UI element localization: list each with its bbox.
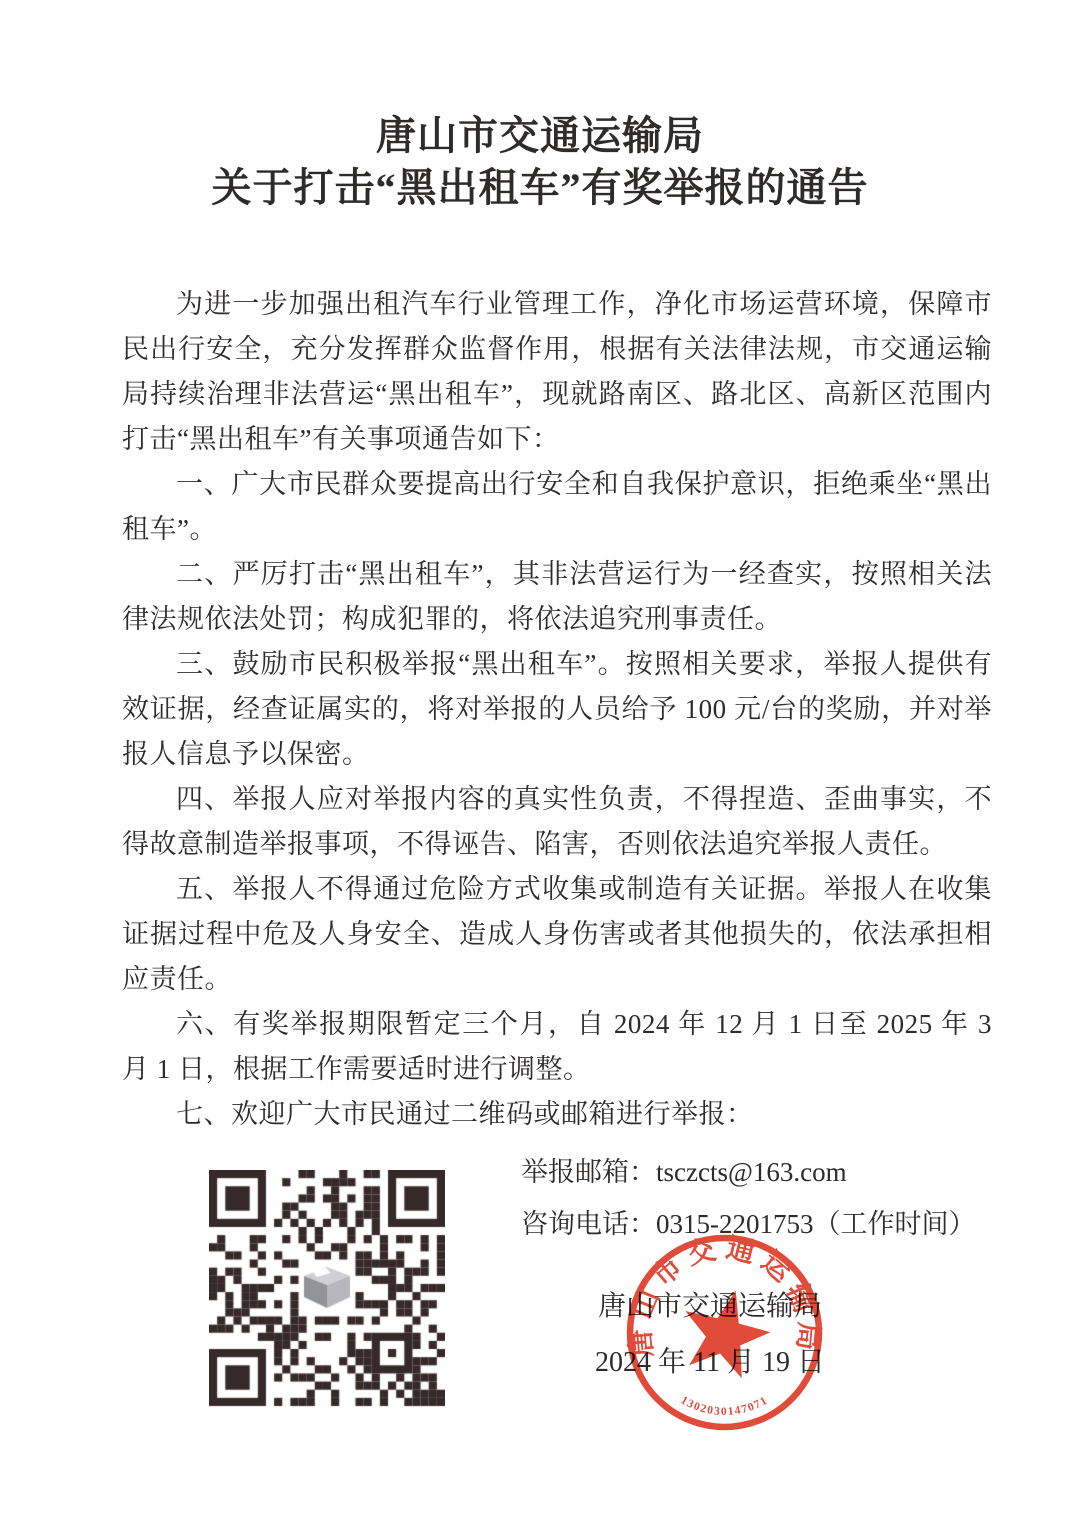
item-3: 三、鼓励市民积极举报“黑出租车”。按照相关要求，举报人提供有效证据，经查证属实的… [122, 642, 992, 777]
report-qr-code [209, 1170, 445, 1407]
signature-date: 2024 年 11 月 19 日 [558, 1346, 862, 1380]
official-seal: 唐山市交通运输局 1302030147071 [624, 1232, 825, 1433]
seal-code-text: 1302030147071 [679, 1394, 771, 1418]
phone-value: 0315-2201753（工作时间） [656, 1209, 976, 1239]
document-title: 唐山市交通运输局 关于打击“黑出租车”有奖举报的通告 [0, 0, 1080, 214]
item-4: 四、举报人应对举报内容的真实性负责，不得捏造、歪曲事实，不得故意制造举报事项，不… [122, 777, 992, 867]
title-line-2: 关于打击“黑出租车”有奖举报的通告 [0, 162, 1080, 214]
item-1: 一、广大市民群众要提高出行安全和自我保护意识，拒绝乘坐“黑出租车”。 [122, 462, 992, 552]
contact-block: 举报邮箱：tsczcts@163.com 咨询电话：0315-2201753（工… [521, 1146, 976, 1250]
item-7: 七、欢迎广大市民通过二维码或邮箱进行举报： [122, 1092, 992, 1137]
qr-code-canvas [209, 1170, 445, 1407]
document-body: 为进一步加强出租汽车行业管理工作，净化市场运营环境，保障市民出行安全，充分发挥群… [122, 282, 992, 1137]
item-2: 二、严厉打击“黑出租车”，其非法营运行为一经查实，按照相关法律法规依法处罚；构成… [122, 552, 992, 642]
signature-organization: 唐山市交通运输局 [558, 1290, 862, 1324]
item-5: 五、举报人不得通过危险方式收集或制造有关证据。举报人在收集证据过程中危及人身安全… [122, 867, 992, 1002]
email-value: tsczcts@163.com [656, 1157, 847, 1187]
report-email-line: 举报邮箱：tsczcts@163.com [521, 1146, 976, 1198]
phone-label: 咨询电话： [521, 1209, 656, 1239]
inquiry-phone-line: 咨询电话：0315-2201753（工作时间） [521, 1198, 976, 1250]
paragraph-intro: 为进一步加强出租汽车行业管理工作，净化市场运营环境，保障市民出行安全，充分发挥群… [122, 282, 992, 462]
email-label: 举报邮箱： [521, 1157, 656, 1187]
item-6: 六、有奖举报期限暂定三个月，自 2024 年 12 月 1 日至 2025 年 … [122, 1002, 992, 1092]
seal-ring [630, 1238, 819, 1427]
title-line-1: 唐山市交通运输局 [0, 110, 1080, 162]
notice-document-page: 唐山市交通运输局 关于打击“黑出租车”有奖举报的通告 为进一步加强出租汽车行业管… [0, 0, 1080, 1527]
